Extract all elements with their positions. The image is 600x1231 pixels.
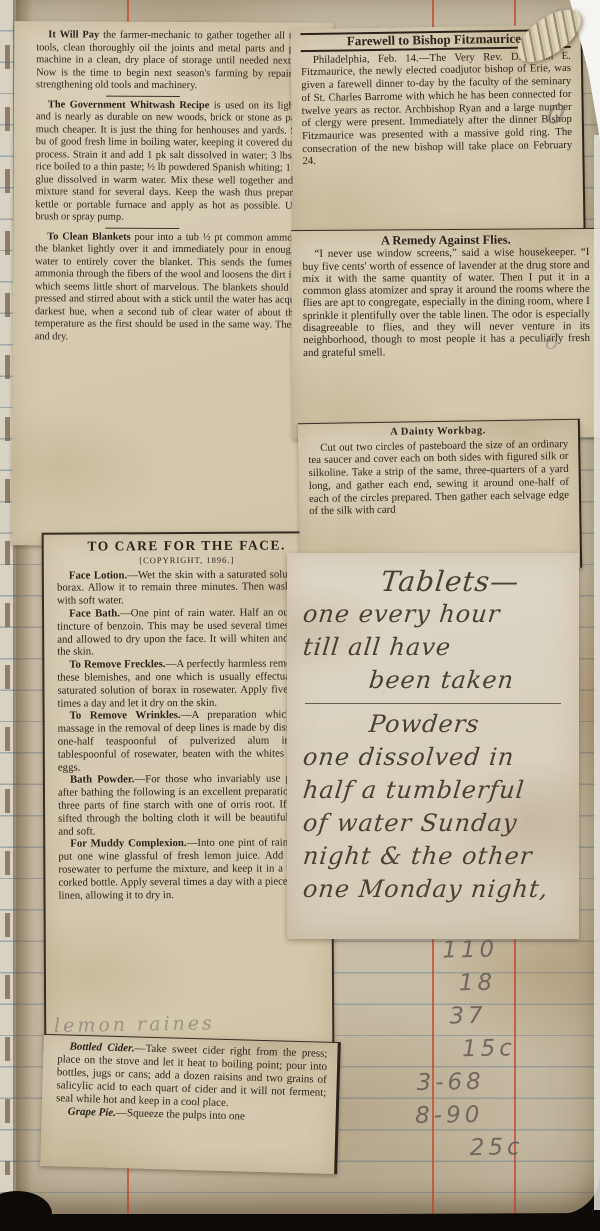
note-line: Powders xyxy=(367,708,564,741)
clipping-body: Cut out two circles of pasteboard the si… xyxy=(308,438,569,518)
scanned-scrapbook-page: It Will Pay the farmer-mechanic to gathe… xyxy=(0,0,600,1231)
note-line: half a tumblerful xyxy=(301,774,564,807)
pencil-number: 8-90 xyxy=(415,1098,542,1133)
item-lead: Face Lotion. xyxy=(69,569,127,581)
face-item: Face Lotion.—Wet the skin with a saturat… xyxy=(57,568,317,608)
pencil-number: 25c xyxy=(469,1131,542,1165)
note-line: been taken xyxy=(367,664,564,697)
paragraph-lead: It Will Pay xyxy=(48,29,99,40)
printed-divider xyxy=(105,227,179,228)
note-divider-line xyxy=(305,703,561,704)
note-line: till all have xyxy=(301,631,564,664)
page-right-edge xyxy=(594,135,600,1210)
paragraph-whitewash-recipe: The Government Whitwash Recipe is used o… xyxy=(35,99,325,226)
paragraph-text: pour into a tub ½ pt common ammonia, lay… xyxy=(35,231,325,342)
face-item: To Remove Wrinkles.—A preparation which … xyxy=(58,709,318,774)
faint-pencil-script: lemon raines xyxy=(54,1011,294,1037)
printed-divider xyxy=(106,95,180,96)
clipping-body: Philadelphia, Feb. 14.—The Very Rev. Dr.… xyxy=(301,50,573,169)
clipping-title: A Remedy Against Flies. xyxy=(302,233,589,247)
paragraph-lead: The Government Whitwash Recipe xyxy=(48,99,209,111)
clipping-farm-tools: It Will Pay the farmer-mechanic to gathe… xyxy=(12,21,334,547)
pencil-number: 37 xyxy=(449,999,540,1034)
item-lead: Face Bath. xyxy=(69,607,120,619)
pencil-number: 110 xyxy=(442,933,539,968)
scan-bottom-edge xyxy=(0,1213,600,1231)
note-line: of water Sunday xyxy=(301,807,564,840)
handwritten-note: Tablets— one every hour till all have be… xyxy=(287,553,579,939)
note-line: night & the other xyxy=(301,840,564,873)
note-line: Tablets— xyxy=(379,565,564,598)
clipping-title: TO CARE FOR THE FACE. xyxy=(57,539,317,553)
paragraph-lead: To Clean Blankets xyxy=(47,231,131,242)
paragraph-text: —Squeeze the pulps into one xyxy=(116,1107,245,1123)
clipping-dainty-workbag: A Dainty Workbag. Cut out two circles of… xyxy=(298,419,582,572)
clipping-bottled-cider: Bottled Cider.—Take sweet cider right fr… xyxy=(40,1034,341,1174)
note-line: one dissolved in xyxy=(301,741,564,774)
face-item: Face Bath.—One pint of rain water. Half … xyxy=(57,606,317,659)
item-lead: To Remove Freckles. xyxy=(69,658,165,671)
item-lead: To Remove Wrinkles. xyxy=(70,709,181,722)
item-lead: Bath Powder. xyxy=(70,774,135,786)
pencil-numbers-column: 110 18 37 15c 3-68 8-90 25c xyxy=(408,933,542,1166)
paragraph-bottled-cider: Bottled Cider.—Take sweet cider right fr… xyxy=(56,1040,328,1113)
pencil-number: 3-68 xyxy=(416,1065,541,1100)
face-item: To Remove Freckles.—A perfectly harmless… xyxy=(57,657,317,710)
note-line: one Monday night, xyxy=(301,873,564,906)
paragraph-lead: Grape Pie. xyxy=(68,1106,117,1119)
pencil-number: 15c xyxy=(462,1032,541,1066)
binding-stitches xyxy=(5,25,10,1175)
face-item: For Muddy Complexion.—Into one pint of r… xyxy=(58,837,318,902)
paragraph-text: is used on its lighthouses and is nearly… xyxy=(35,100,325,223)
copyright-line: [COPYRIGHT, 1896.] xyxy=(57,553,317,567)
paragraph-it-will-pay: It Will Pay the farmer-mechanic to gathe… xyxy=(36,29,325,93)
paragraph-lead: Bottled Cider. xyxy=(69,1041,134,1055)
item-lead: For Muddy Complexion. xyxy=(70,837,186,850)
face-item: Bath Powder.—For those who invariably us… xyxy=(58,773,318,838)
paragraph-clean-blankets: To Clean Blankets pour into a tub ½ pt c… xyxy=(35,231,325,345)
note-line: one every hour xyxy=(301,598,564,631)
pencil-number: 18 xyxy=(459,966,540,1000)
